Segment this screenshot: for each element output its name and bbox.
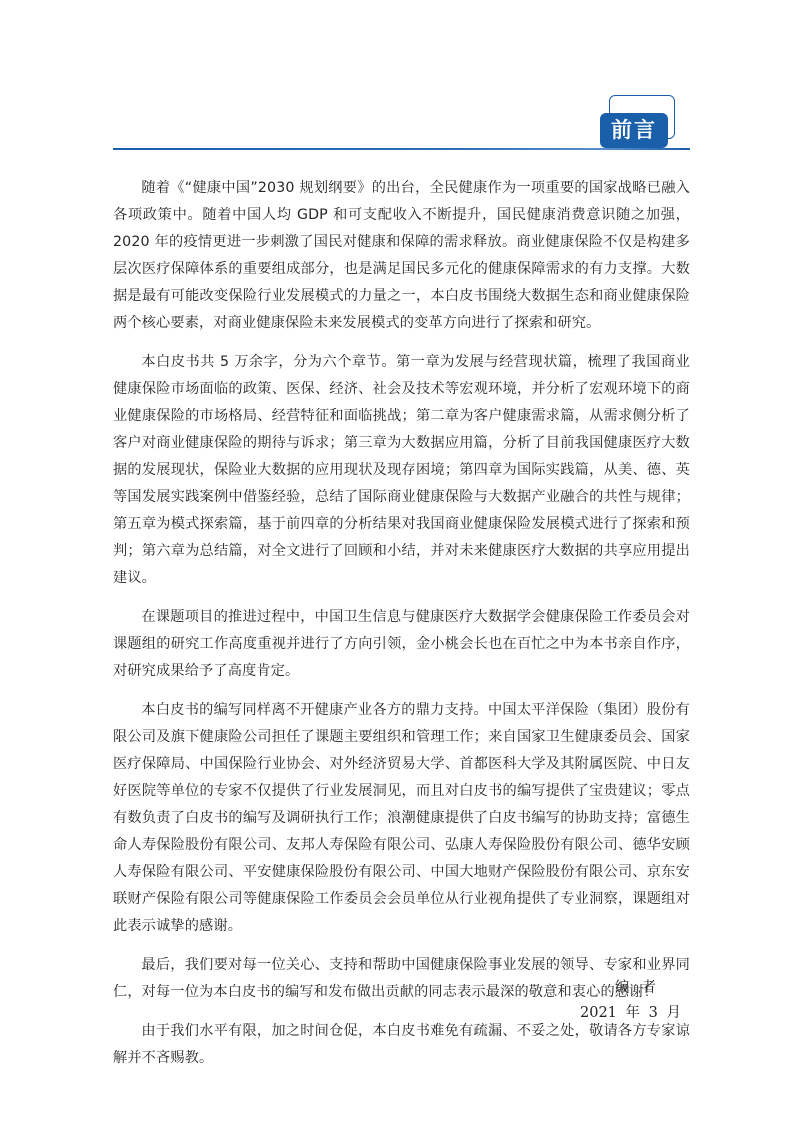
paragraph-intro: 随着《“健康中国”2030 规划纲要》的出台，全民健康作为一项重要的国家战略已融…: [113, 175, 690, 337]
paragraph-thanks: 最后，我们要对每一位关心、支持和帮助中国健康保险事业发展的领导、专家和业界同仁，…: [113, 952, 690, 1006]
paragraph-guidance: 在课题项目的推进过程中，中国卫生信息与健康医疗大数据学会健康保险工作委员会对课题…: [113, 604, 690, 685]
signature-date: 2021 年 3 月: [580, 1001, 681, 1022]
paragraph-acknowledgements: 本白皮书的编写同样离不开健康产业各方的鼎力支持。中国太平洋保险（集团）股份有限公…: [113, 697, 690, 940]
header-divider: [113, 148, 690, 150]
paragraph-chapters: 本白皮书共 5 万余字，分为六个章节。第一章为发展与经营现状篇，梳理了我国商业健…: [113, 349, 690, 592]
preface-body: 随着《“健康中国”2030 规划纲要》的出台，全民健康作为一项重要的国家战略已融…: [113, 175, 690, 1084]
paragraph-disclaimer: 由于我们水平有限，加之时间仓促，本白皮书难免有疏漏、不妥之处，敬请各方专家谅解并…: [113, 1018, 690, 1072]
document-page: 前言 随着《“健康中国”2030 规划纲要》的出台，全民健康作为一项重要的国家战…: [0, 0, 793, 1122]
section-title: 前言: [600, 113, 668, 148]
section-badge: 前言: [598, 94, 680, 150]
signature-editor: 编者: [615, 976, 668, 997]
